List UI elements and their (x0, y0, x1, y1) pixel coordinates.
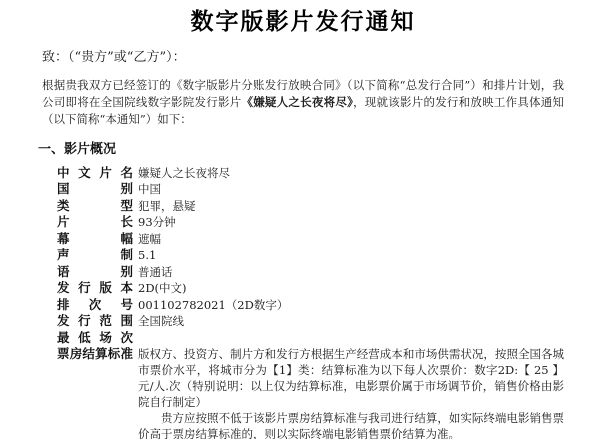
field-label-release-version: 发行版本 (57, 280, 133, 297)
settlement-standard-paragraph: 版权方、投资方、制片方和发行方根据生产经营成本和市场供需状况，按照全国各城市票价… (138, 346, 564, 410)
field-value-release-scope: 全国院线 (138, 313, 564, 330)
field-label-country: 国别 (57, 181, 133, 198)
field-row-minimum-screenings: 最低场次 (57, 330, 564, 347)
field-label-minimum-screenings: 最低场次 (57, 330, 133, 347)
intro-paragraph: 根据贵我双方已经签订的《数字版影片分账发行放映合同》（以下简称“总发行合同”）和… (42, 77, 564, 128)
field-label-sequence-number: 排次号 (57, 297, 133, 314)
field-row-genre: 类型 犯罪，悬疑 (57, 198, 564, 215)
field-label-chinese-title: 中文片名 (57, 165, 133, 182)
field-value-chinese-title: 嫌疑人之长夜将尽 (138, 165, 564, 182)
field-row-aspect-ratio: 幕幅 遮幅 (57, 231, 564, 248)
field-value-sequence-number: 001102782021（2D数字） (138, 297, 564, 314)
field-value-language: 普通话 (138, 264, 564, 281)
field-row-runtime: 片长 93分钟 (57, 214, 564, 231)
field-label-release-scope: 发行范围 (57, 313, 133, 330)
film-overview-field-list: 中文片名 嫌疑人之长夜将尽 国别 中国 类型 犯罪，悬疑 片长 93分钟 幕幅 … (57, 165, 564, 439)
field-value-country: 中国 (138, 181, 564, 198)
section-heading-film-overview: 一、影片概况 (38, 140, 564, 157)
field-row-chinese-title: 中文片名 嫌疑人之长夜将尽 (57, 165, 564, 182)
notice-document-page: 数字版影片发行通知 致：（“贵方”或“乙方”）： 根据贵我双方已经签订的《数字版… (0, 0, 600, 439)
field-value-genre: 犯罪，悬疑 (138, 198, 564, 215)
field-value-box-office-settlement: 版权方、投资方、制片方和发行方根据生产经营成本和市场供需状况，按照全国各城市票价… (138, 346, 564, 439)
field-label-box-office-settlement: 票房结算标准 (57, 346, 133, 363)
field-label-runtime: 片长 (57, 214, 133, 231)
field-row-release-scope: 发行范围 全国院线 (57, 313, 564, 330)
film-title-inline: 《嫌疑人之长夜将尽》 (241, 95, 353, 109)
field-row-release-version: 发行版本 2D(中文) (57, 280, 564, 297)
field-row-sound-format: 声制 5.1 (57, 247, 564, 264)
salutation-line: 致：（“贵方”或“乙方”）： (42, 49, 564, 66)
settlement-terms-paragraph: 贵方应按照不低于该影片票房结算标准与我司进行结算，如实际终端电影销售票价高于票房… (138, 410, 564, 439)
field-label-genre: 类型 (57, 198, 133, 215)
field-label-sound-format: 声制 (57, 247, 133, 264)
field-label-language: 语别 (57, 264, 133, 281)
field-value-runtime: 93分钟 (138, 214, 564, 231)
field-value-release-version: 2D(中文) (138, 280, 564, 297)
field-row-language: 语别 普通话 (57, 264, 564, 281)
field-row-country: 国别 中国 (57, 181, 564, 198)
field-label-aspect-ratio: 幕幅 (57, 231, 133, 248)
field-row-box-office-settlement: 票房结算标准 版权方、投资方、制片方和发行方根据生产经营成本和市场供需状况，按照… (57, 346, 564, 439)
field-value-aspect-ratio: 遮幅 (138, 231, 564, 248)
field-value-sound-format: 5.1 (138, 247, 564, 264)
field-row-sequence-number: 排次号 001102782021（2D数字） (57, 297, 564, 314)
document-title: 数字版影片发行通知 (42, 8, 564, 34)
